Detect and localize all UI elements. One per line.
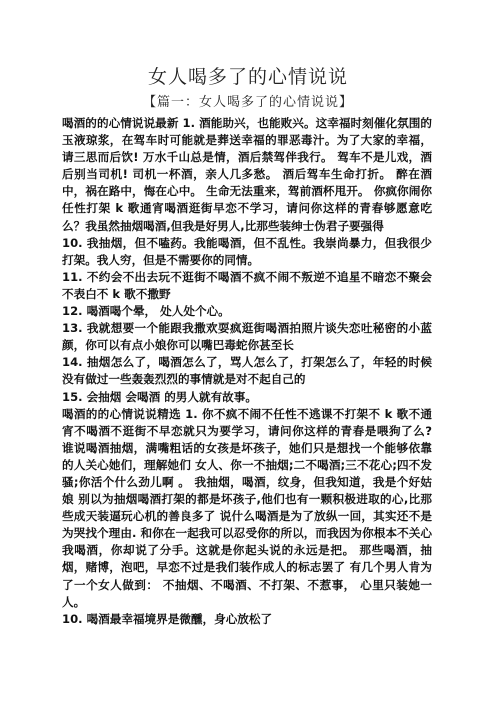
paragraph: 14. 抽烟怎么了，喝酒怎么了，骂人怎么了，打架怎么了，年轻的时候没有做过一些轰… xyxy=(62,354,432,388)
paragraph: 11. 不约会不出去玩不逛街不喝酒不疯不闹不叛逆不追星不暗恋不聚会不表白不 k … xyxy=(62,269,432,303)
paragraph: 15. 会抽烟 会喝酒 的男人就有故事。 xyxy=(62,389,432,406)
document-page: 女人喝多了的心情说说 【篇一：女人喝多了的心情说说】 喝酒的的心情说说最新 1.… xyxy=(0,0,496,702)
paragraph: 13. 我就想要一个能跟我撒欢耍疯逛街喝酒拍照片谈失恋吐秘密的小蓝颜，你可以有点… xyxy=(62,320,432,354)
section-heading: 【篇一：女人喝多了的心情说说】 xyxy=(0,91,496,110)
paragraph: 12. 喝酒喝个晕， 处人处个心。 xyxy=(62,303,432,320)
document-body: 喝酒的的心情说说最新 1. 酒能助兴，也能败兴。这幸福时刻催化氛围的玉液琼浆，在… xyxy=(62,115,432,628)
paragraph: 喝酒的的心情说说精选 1. 你不疯不闹不任性不逃课不打架不 k 歌不通宵不喝酒不… xyxy=(62,406,432,611)
paragraph: 10. 我抽烟，但不嗑药。我能喝酒，但不乱性。我崇尚暴力，但我很少打架。我人穷，… xyxy=(62,235,432,269)
paragraph: 10. 喝酒最幸福境界是微醺，身心放松了 xyxy=(62,611,432,628)
document-title: 女人喝多了的心情说说 xyxy=(0,62,496,89)
paragraph: 喝酒的的心情说说最新 1. 酒能助兴，也能败兴。这幸福时刻催化氛围的玉液琼浆，在… xyxy=(62,115,432,235)
